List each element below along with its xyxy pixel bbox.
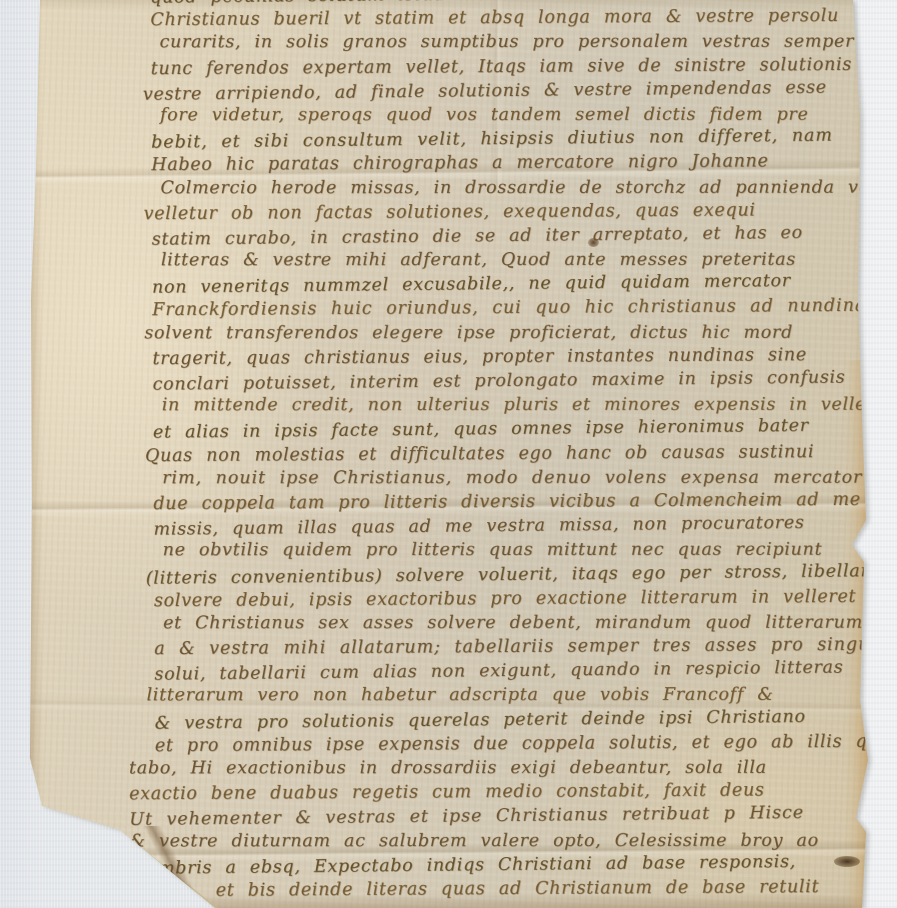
manuscript-line: Colmercio herode missas, in drossardie d… xyxy=(160,175,859,200)
paper-sheet: quod pecunias solutum istud mora Christi… xyxy=(28,0,870,908)
manuscript-line: et Christianus sex asses solvere debent,… xyxy=(163,611,862,636)
manuscript-line: rim, nouit ipse Christianus, modo denuo … xyxy=(162,465,861,490)
manuscript-line: curarits, in solis granos sumptibus pro … xyxy=(160,30,859,55)
manuscript-paper: quod pecunias solutum istud mora Christi… xyxy=(0,0,897,908)
manuscript-line: solvent transferendos elegere ipse profi… xyxy=(144,320,860,345)
manuscript-line: tabo, Hi exactionibus in drossardiis exi… xyxy=(129,756,863,781)
photograph: quod pecunias solutum istud mora Christi… xyxy=(0,0,897,908)
manuscript-text: quod pecunias solutum istud mora Christi… xyxy=(150,0,864,903)
manuscript-line: ne obvtilis quidem pro litteris quas mit… xyxy=(163,538,862,563)
manuscript-line: litterarum vero non habetur adscripta qu… xyxy=(147,683,863,708)
